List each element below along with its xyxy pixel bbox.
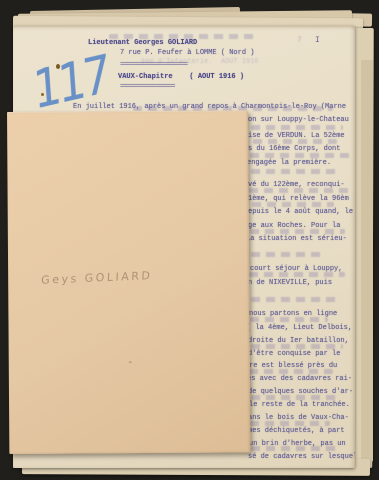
bleedthrough-row [250,153,350,158]
page-number-ghost: 7 [297,36,302,45]
bleedthrough-row [251,446,337,451]
bleedthrough-row [251,297,339,302]
bleedthrough-row [253,139,337,144]
typed-line-fragment: n de NIXEVILLE, puis [248,279,332,288]
bleedthrough-row [250,421,330,426]
typed-line-fragment: le reste de la tranchée. [249,401,350,410]
typed-line-fragment: és avec des cadavres rai- [247,375,352,384]
typed-line-fragment: ( la 4ème, Lieut Delbois, [247,324,352,333]
paper-speck [129,361,132,363]
author-address-line: 7 rue P. Feufer à LOMME ( Nord ) [120,49,254,58]
bleedthrough-row [251,125,343,130]
bleedthrough-row [250,317,328,322]
bleedthrough-row [251,169,341,174]
stacked-sheet-edge-right [361,60,373,462]
typed-underline: ================= [120,83,174,92]
overlay-blank-sheet: Geys GOLIARD [7,110,250,454]
bleedthrough-row [251,252,323,257]
page-number: I [315,36,320,45]
typed-line-fragment: engagée la première. [247,159,331,168]
bleedthrough-row [250,229,345,234]
document-title: VAUX-Chapitre ( AOUT 1916 ) [118,73,244,82]
typed-line-fragment: mes déchiquetés, à part [248,427,345,436]
typed-line-fragment: epuis le 4 août quand, le [248,208,353,217]
handwritten-owner-name: Geys GOLIARD [41,269,153,287]
typed-line-fragment: d'être conquise par le [248,350,340,359]
bleedthrough-row [252,202,334,207]
scanned-document-photo: 7 I Lieutenant Georges GOLIARD 7 rue P. … [0,0,379,480]
bleedthrough-row [249,369,333,374]
bleedthrough-row [109,34,259,39]
bleedthrough-row [251,395,341,400]
bleedthrough-row [249,272,345,277]
typed-line-fragment: on sur Louppy-le-Chateau [248,116,349,125]
typed-line-fragment: La situation est sérieu- [246,235,347,244]
typed-line-fragment: sé de cadavres sur lesquel [248,453,355,462]
bleedthrough-row [251,344,343,349]
typed-underline: ===================== [120,61,187,70]
bleedthrough-row [249,188,353,193]
